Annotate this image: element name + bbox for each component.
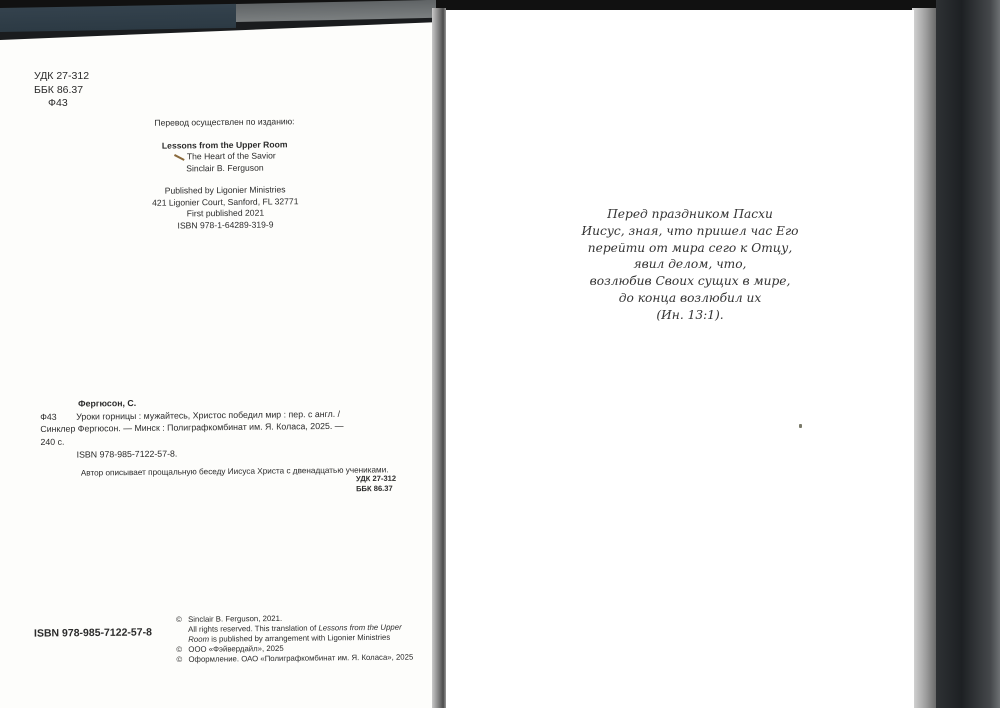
- translation-note: Перевод осуществлен по изданию:: [124, 116, 324, 130]
- copyright-icon: ©: [176, 645, 188, 655]
- record-code: Ф43: [40, 410, 76, 423]
- copyright-block: ©Sinclair B. Ferguson, 2021. All rights …: [176, 613, 413, 665]
- isbn-main: ISBN 978-985-7122-57-8: [34, 627, 152, 639]
- copyright-line-3b: is published by arrangement with Ligonie…: [209, 633, 390, 644]
- book-cover-edge: [0, 4, 236, 32]
- original-edition-block: Перевод осуществлен по изданию: Lessons …: [124, 116, 325, 232]
- copyright-line-1: Sinclair B. Ferguson, 2021.: [188, 614, 282, 624]
- copyright-icon: ©: [176, 655, 188, 665]
- copyright-line-2-title: Lessons from the Upper: [318, 623, 401, 633]
- bibliographic-record: Фергюсон, С. Ф43Уроки горницы : мужайтес…: [40, 394, 389, 480]
- original-subtitle: The Heart of the Savior: [187, 150, 276, 161]
- epigraph-reference: (Ин. 13:1).: [570, 307, 810, 324]
- epigraph: Перед праздником Пасхи Иисус, зная, что …: [570, 206, 810, 324]
- bbk-code: ББК 86.37: [34, 84, 89, 98]
- epigraph-line: возлюбив Своих сущих в мире,: [570, 273, 810, 290]
- record-line-1: Уроки горницы : мужайтесь, Христос побед…: [76, 408, 340, 421]
- epigraph-line: явил делом, что,: [570, 256, 810, 273]
- scanner-background-right: [936, 0, 1000, 708]
- copyright-line-5: Оформление. ОАО «Полиграфкомбинат им. Я.…: [188, 653, 413, 664]
- book-cover-edge-grey: [236, 0, 436, 22]
- book-spine-shadow: [432, 8, 446, 708]
- epigraph-line: перейти от мира сего к Отцу,: [570, 240, 810, 257]
- pen-mark-icon: [174, 154, 185, 161]
- copyright-line-2a: All rights reserved. This translation of: [188, 624, 318, 634]
- page-edge-right: [912, 8, 936, 708]
- original-isbn: ISBN 978-1-64289-319-9: [125, 218, 325, 232]
- epigraph-line: Перед праздником Пасхи: [570, 206, 810, 223]
- epigraph-line: Иисус, зная, что пришел час Его: [570, 223, 810, 240]
- bbk-code-bottom: ББК 86.37: [356, 483, 396, 493]
- record-isbn: ISBN 978-985-7122-57-8.: [41, 445, 389, 461]
- classification-block: УДК 27-312 ББК 86.37 Ф43: [34, 70, 89, 111]
- udk-code: УДК 27-312: [34, 70, 89, 84]
- epigraph-line: до конца возлюбил их: [570, 290, 810, 307]
- copyright-line-4: ООО «Фэйвердайл», 2025: [188, 644, 283, 654]
- copyright-icon: ©: [176, 615, 188, 625]
- udk-code-bottom: УДК 27-312: [356, 474, 396, 484]
- classification-bottom: УДК 27-312 ББК 86.37: [356, 474, 396, 493]
- scan-speck: [799, 424, 802, 428]
- author-mark: Ф43: [34, 97, 89, 111]
- copyright-line-3-title: Room: [188, 635, 209, 644]
- right-page: [444, 10, 914, 708]
